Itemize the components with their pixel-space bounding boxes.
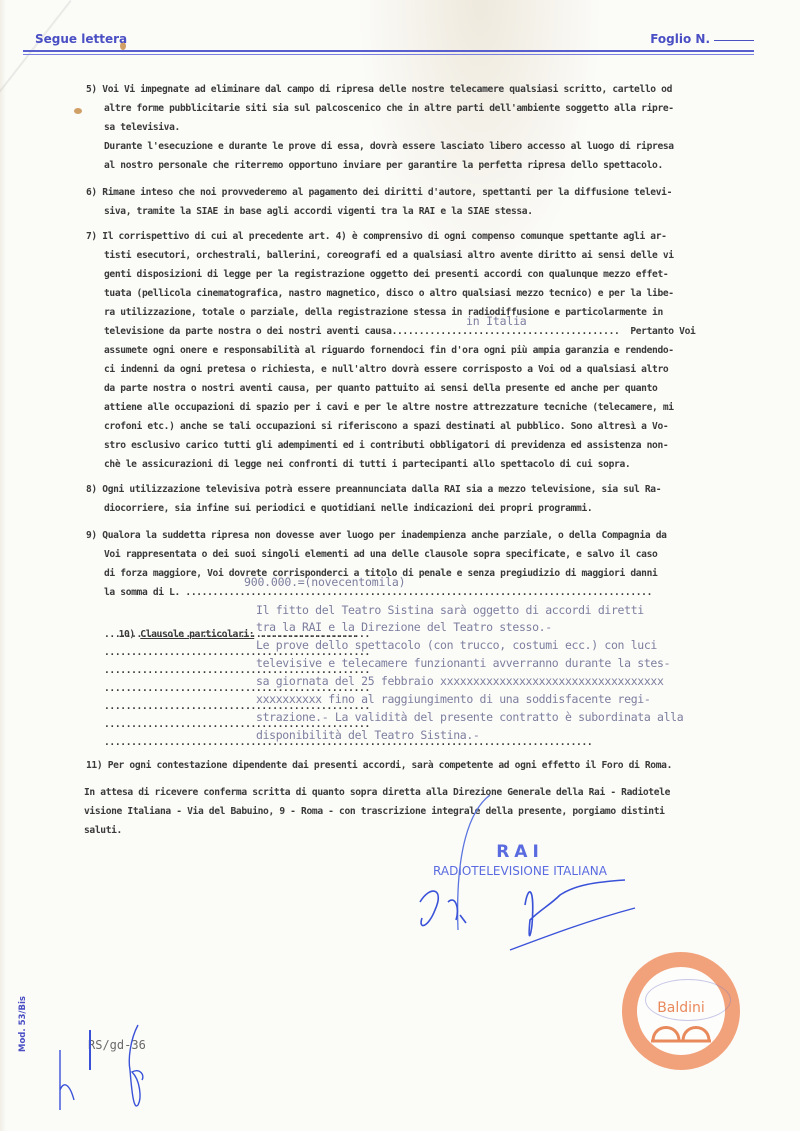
rust-stain bbox=[74, 108, 82, 114]
letterhead-header: Segue lettera Foglio N. bbox=[35, 32, 754, 58]
clause-7: 7) Il corrispettivo di cui al precedente… bbox=[86, 227, 766, 474]
typed-clause-line: strazione.- La validità del presente con… bbox=[256, 708, 683, 726]
text-line: 6) Rimane inteso che noi provvederemo al… bbox=[86, 183, 766, 202]
text-line: da parte nostra o nostri aventi causa, p… bbox=[86, 379, 766, 398]
text-line: assumete ogni onere e responsabilità al … bbox=[86, 341, 766, 360]
text-line: di forza maggiore, Voi dovrete corrispon… bbox=[86, 564, 766, 583]
text-line: 8) Ogni utilizzazione televisiva potrà e… bbox=[86, 480, 766, 499]
clause-5: 5) Voi Vi impegnate ad eliminare dal cam… bbox=[86, 80, 766, 175]
form-code-label: Mod. 53/Bis bbox=[18, 996, 28, 1052]
text-line: Voi rappresentata o dei suoi singoli ele… bbox=[86, 545, 766, 564]
text-line: 9) Qualora la suddetta ripresa non doves… bbox=[86, 526, 766, 545]
typed-clause-line: televisive e telecamere funzionanti avve… bbox=[256, 654, 670, 672]
text-line: genti disposizioni di legge per la regis… bbox=[86, 265, 766, 284]
baldini-library-logo: Baldini bbox=[622, 952, 740, 1070]
handwritten-signature bbox=[400, 790, 660, 960]
clause-8: 8) Ogni utilizzazione televisiva potrà e… bbox=[86, 480, 766, 518]
text-line: chè le assicurazioni di legge nei confro… bbox=[86, 455, 766, 474]
text-line: stro esclusivo carico tutti gli adempime… bbox=[86, 436, 766, 455]
sheet-number-text: Foglio N. bbox=[650, 32, 710, 46]
logo-name: Baldini bbox=[637, 1000, 725, 1016]
typed-insert-in-italia: in Italia bbox=[466, 314, 527, 328]
typed-clause-line: sa giornata del 25 febbraio xxxxxxxxxxxx… bbox=[256, 672, 664, 690]
text-line: 5) Voi Vi impegnate ad eliminare dal cam… bbox=[86, 80, 766, 99]
text-line: al nostro personale che riterremo opport… bbox=[86, 156, 766, 175]
open-book-icon bbox=[651, 1019, 711, 1043]
text-line: attiene alle occupazioni di spazio per i… bbox=[86, 398, 766, 417]
penalty-amount-typed: 900.000.=(novecentomila) bbox=[244, 575, 405, 589]
text-line: sa televisiva. bbox=[86, 118, 766, 137]
header-rule-thin bbox=[23, 54, 754, 55]
text-line: ci indenni da ogni pretesa o richiesta, … bbox=[86, 360, 766, 379]
typed-clause-line: disponibilità del Teatro Sistina.- bbox=[256, 726, 480, 744]
text-line: televisione da parte nostra o dei nostri… bbox=[86, 322, 766, 341]
typed-clause-line: Le prove dello spettacolo (con trucco, c… bbox=[256, 636, 657, 654]
text-line: 7) Il corrispettivo di cui al precedente… bbox=[86, 227, 766, 246]
text-line: altre forme pubblicitarie siti sia sul p… bbox=[86, 99, 766, 118]
handwritten-initials bbox=[50, 1020, 160, 1120]
contract-body: 5) Voi Vi impegnate ad eliminare dal cam… bbox=[86, 80, 766, 853]
text-line: 11) Per ogni contestazione dipendente da… bbox=[86, 756, 766, 775]
clause-9: 9) Qualora la suddetta ripresa non doves… bbox=[86, 526, 766, 602]
text-line: tuata (pellicola cinematografica, nastro… bbox=[86, 284, 766, 303]
text-line: tisti esecutori, orchestrali, ballerini,… bbox=[86, 246, 766, 265]
text-line: siva, tramite la SIAE in base agli accor… bbox=[86, 202, 766, 221]
text-line: diocorriere, sia infine sui periodici e … bbox=[86, 499, 766, 518]
continuation-label: Segue lettera bbox=[35, 32, 127, 46]
typed-clause-line: Il fitto del Teatro Sistina sarà oggetto… bbox=[256, 601, 644, 619]
clause-10-row: ........................................… bbox=[86, 734, 766, 752]
clause-6: 6) Rimane inteso che noi provvederemo al… bbox=[86, 183, 766, 221]
text-line: ra utilizzazione, totale o parziale, del… bbox=[86, 303, 766, 322]
clause-11: 11) Per ogni contestazione dipendente da… bbox=[86, 756, 766, 775]
sheet-number-blank bbox=[714, 40, 754, 41]
text-line: crofoni etc.) anche se tali occupazioni … bbox=[86, 417, 766, 436]
sheet-number-label: Foglio N. bbox=[650, 32, 754, 46]
text-line: Durante l'esecuzione e durante le prove … bbox=[86, 137, 766, 156]
typed-clause-line: xxxxxxxxxx fino al raggiungimento di una… bbox=[256, 690, 650, 708]
header-rule bbox=[23, 50, 754, 52]
penalty-amount-line: la somma di L. .........................… bbox=[86, 583, 766, 602]
clause-10-special-clauses: 10) Clausole particolari: ..............… bbox=[86, 608, 766, 752]
typed-clause-line: tra la RAI e la Direzione del Teatro ste… bbox=[256, 618, 552, 636]
